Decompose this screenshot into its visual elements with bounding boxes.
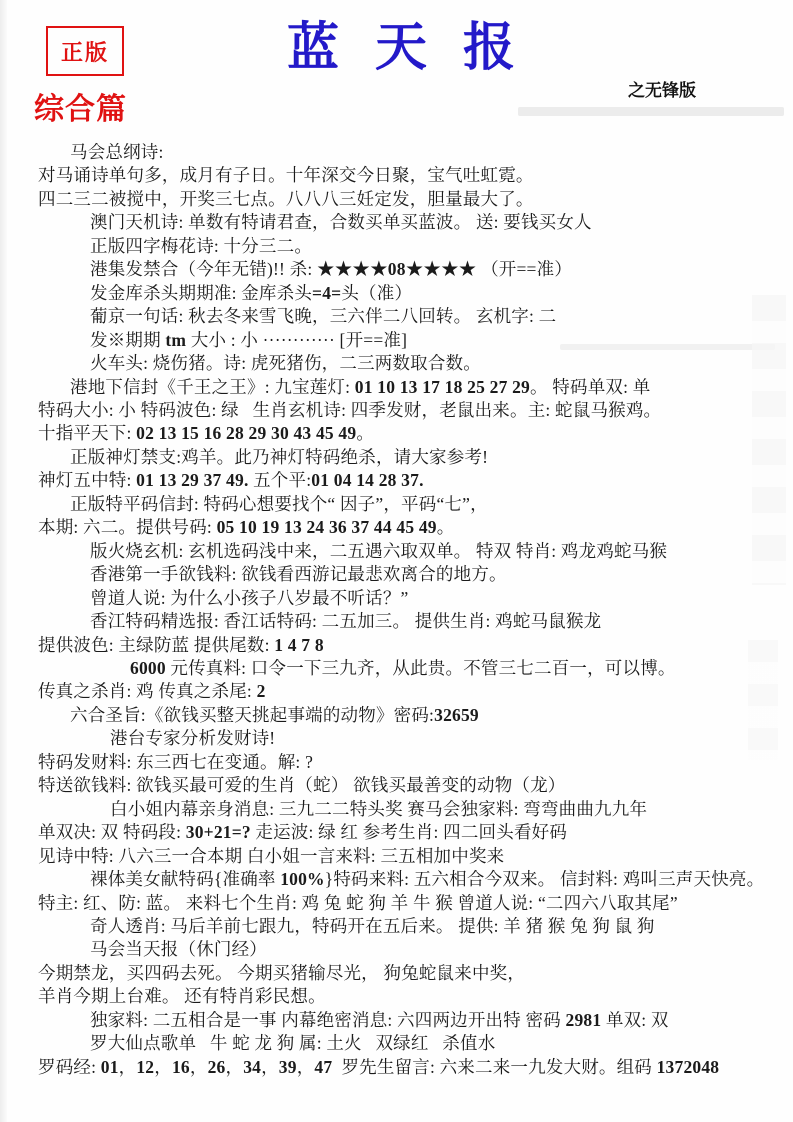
content-line: 发金库杀头期期准: 金库杀头=4=头（准） bbox=[0, 282, 793, 305]
edition-subtitle: 之无锋版 bbox=[628, 76, 696, 101]
content-line: 特码发财料: 东三西七在变通。解: ? bbox=[0, 751, 793, 774]
content-line: 罗大仙点歌单 牛 蛇 龙 狗 属: 土火 双绿红 杀值水 bbox=[0, 1032, 793, 1055]
page-title: 蓝天报 bbox=[287, 20, 551, 77]
content-line: 裸体美女献特码{准确率 100%}特码来料: 五六相合今双来。 信封料: 鸡叫三… bbox=[0, 868, 793, 891]
content-line: 马会当天报（休门经） bbox=[0, 938, 793, 961]
content-line: 6000 元传真料: 口令一下三九齐，从此贵。不管三七二百一，可以博。 bbox=[0, 657, 793, 680]
content-line: 传真之杀肖: 鸡 传真之杀尾: 2 bbox=[0, 680, 793, 703]
content-line: 提供波色: 主绿防蓝 提供尾数: 1 4 7 8 bbox=[0, 634, 793, 657]
content-line: 单双决: 双 特码段: 30+21=? 走运波: 绿 红 参考生肖: 四二回头看… bbox=[0, 821, 793, 844]
content-line: 发※期期 tm 大小 : 小 ············ [开==准] bbox=[0, 329, 793, 352]
content-line: 曾道人说: 为什么小孩子八岁最不听话？” bbox=[0, 587, 793, 610]
genuine-edition-badge: 正版 bbox=[46, 26, 124, 76]
content-line: 六合圣旨:《欲钱买整天挑起事端的动物》密码:32659 bbox=[0, 704, 793, 727]
content-line: 独家料: 二五相合是一事 内幕绝密消息: 六四两边开出特 密码 2981 单双:… bbox=[0, 1009, 793, 1032]
content-line: 特送欲钱料: 欲钱买最可爱的生肖（蛇） 欲钱买最善变的动物（龙） bbox=[0, 774, 793, 797]
content-line: 澳门天机诗: 单数有特请君查，合数买单买蓝波。 送: 要钱买女人 bbox=[0, 211, 793, 234]
content-line: 葡京一句话: 秋去冬来雪飞晚，三六伴二八回转。 玄机字: 二 bbox=[0, 305, 793, 328]
content-line: 港地下信封《千王之王》: 九宝莲灯: 01 10 13 17 18 25 27 … bbox=[0, 376, 793, 399]
content-line: 对马诵诗单句多，成月有子日。十年深交今日聚，宝气吐虹霓。 bbox=[0, 164, 793, 187]
newspaper-page: 正版 蓝天报 之无锋版 综合篇 马会总纲诗:对马诵诗单句多，成月有子日。十年深交… bbox=[0, 0, 793, 1122]
content-line: 特码大小: 小 特码波色: 绿 生肖玄机诗: 四季发财，老鼠出来。主: 蛇鼠马猴… bbox=[0, 399, 793, 422]
content-line: 白小姐内幕亲身消息: 三九二二特头奖 赛马会独家料: 弯弯曲曲九九年 bbox=[0, 798, 793, 821]
content-line: 火车头: 烧伤猪。诗: 虎死猪伤，二三两数取合数。 bbox=[0, 352, 793, 375]
content-line: 特主: 红、防: 蓝。 来料七个生肖: 鸡 兔 蛇 狗 羊 牛 猴 曾道人说: … bbox=[0, 892, 793, 915]
content-line: 今期禁龙，买四码去死。 今期买猪输尽光， 狗兔蛇鼠来中奖， bbox=[0, 962, 793, 985]
content-line: 正版特平码信封: 特码心想要找个“ 因子”，平码“七”， bbox=[0, 493, 793, 516]
content-line: 香江特码精选报: 香江话特码: 二五加三。 提供生肖: 鸡蛇马鼠猴龙 bbox=[0, 610, 793, 633]
content-line: 正版四字梅花诗: 十分三二。 bbox=[0, 235, 793, 258]
content-line: 马会总纲诗: bbox=[0, 141, 793, 164]
content-line: 罗码经: 01，12，16，26，34，39，47 罗先生留言: 六来二来一九发… bbox=[0, 1056, 793, 1079]
content-line: 港台专家分析发财诗! bbox=[0, 727, 793, 750]
content-line: 版火烧玄机: 玄机选码浅中来，二五遇六取双单。 特双 特肖: 鸡龙鸡蛇马猴 bbox=[0, 540, 793, 563]
content-line: 香港第一手欲钱料: 欲钱看西游记最悲欢离合的地方。 bbox=[0, 563, 793, 586]
section-heading: 综合篇 bbox=[34, 84, 127, 128]
content-line: 本期: 六二。提供号码: 05 10 19 13 24 36 37 44 45 … bbox=[0, 516, 793, 539]
content-lines: 马会总纲诗:对马诵诗单句多，成月有子日。十年深交今日聚，宝气吐虹霓。四二三二被搅… bbox=[0, 141, 793, 1079]
content-line: 港集发禁合（今年无错)!! 杀: ★★★★08★★★★ （开==准） bbox=[0, 258, 793, 281]
content-line: 四二三二被搅中，开奖三七点。八八八三妊定发，胆量最大了。 bbox=[0, 188, 793, 211]
content-line: 奇人透肖: 马后羊前七跟九，特码开在五后来。 提供: 羊 猪 猴 兔 狗 鼠 狗 bbox=[0, 915, 793, 938]
content-line: 十指平天下: 02 13 15 16 28 29 30 43 45 49。 bbox=[0, 422, 793, 445]
content-line: 见诗中特: 八六三一合本期 白小姐一言来料: 三五相加中奖来 bbox=[0, 845, 793, 868]
content-line: 羊肖今期上台难。 还有特肖彩民想。 bbox=[0, 985, 793, 1008]
content-line: 神灯五中特: 01 13 29 37 49. 五个平:01 04 14 28 3… bbox=[0, 469, 793, 492]
content-line: 正版神灯禁支:鸡羊。此乃神灯特码绝杀，请大家参考! bbox=[0, 446, 793, 469]
scan-artifact-streak bbox=[518, 107, 784, 116]
